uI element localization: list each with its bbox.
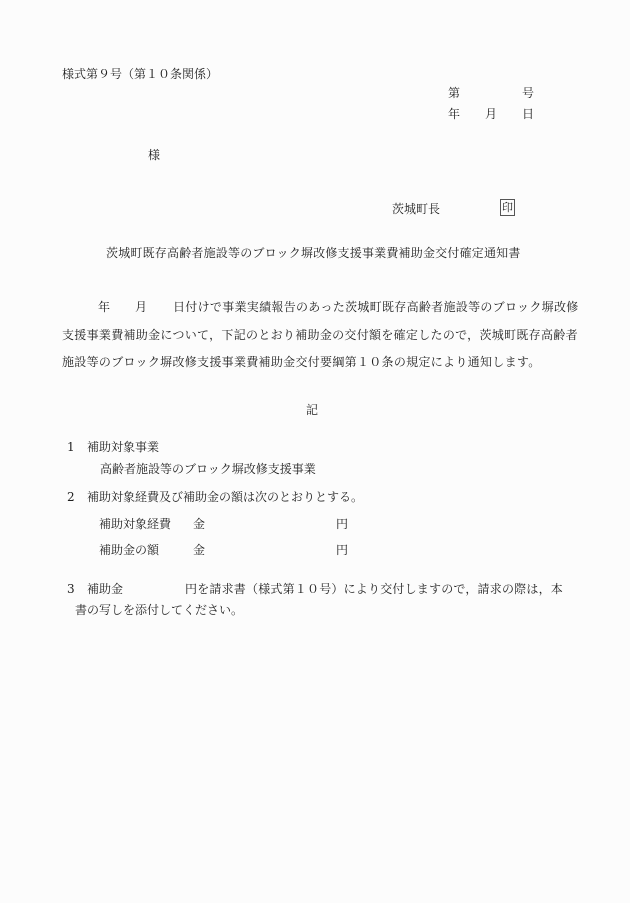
subsidy-amount-yen: 円 — [336, 543, 348, 557]
body-line-1-text: 日付けで事業実績報告のあった茨城町既存高齢者施設等のブロック塀改修 — [173, 300, 579, 314]
item-3-text: 円を請求書（様式第１０号）により交付しますので，請求の際は，本 — [185, 582, 563, 596]
item-3-text-line-2: 書の写しを添付してください。 — [75, 603, 243, 617]
seal-icon: 印 — [500, 199, 515, 216]
body-paragraph-line-3: 施設等のブロック塀改修支援事業費補助金交付要綱第１０条の規定により通知します。 — [62, 355, 541, 369]
form-number: 様式第９号（第１０条関係） — [62, 67, 218, 81]
eligible-cost-yen: 円 — [336, 517, 348, 531]
date-day-label: 日 — [522, 107, 534, 121]
document-title: 茨城町既存高齢者施設等のブロック塀改修支援事業費補助金交付確定通知書 — [106, 246, 521, 260]
body-paragraph-line-2: 支援事業費補助金について，下記のとおり補助金の交付額を確定したので，茨城町既存高… — [62, 328, 578, 342]
item-1-detail: 高齢者施設等のブロック塀改修支援事業 — [100, 462, 316, 476]
doc-number-prefix: 第 — [448, 86, 460, 100]
item-3-label: 補助金 — [87, 582, 123, 596]
body-year-label: 年 — [98, 300, 110, 314]
item-3-number: 3 — [67, 582, 75, 596]
item-1-number: 1 — [67, 440, 75, 454]
recipient-honorific: 様 — [148, 148, 160, 162]
eligible-cost-kin: 金 — [193, 517, 205, 531]
doc-number-suffix: 号 — [522, 86, 534, 100]
item-1-label: 補助対象事業 — [87, 440, 159, 454]
subsidy-amount-kin: 金 — [193, 543, 205, 557]
date-year-label: 年 — [448, 107, 460, 121]
date-month-label: 月 — [485, 107, 497, 121]
subsidy-amount-label: 補助金の額 — [99, 543, 159, 557]
eligible-cost-label: 補助対象経費 — [99, 517, 171, 531]
item-2-number: 2 — [67, 490, 75, 504]
ki-heading: 記 — [306, 403, 318, 417]
item-2-label: 補助対象経費及び補助金の額は次のとおりとする。 — [87, 490, 363, 504]
issuer-name: 茨城町長 — [392, 202, 440, 216]
body-month-label: 月 — [135, 300, 147, 314]
